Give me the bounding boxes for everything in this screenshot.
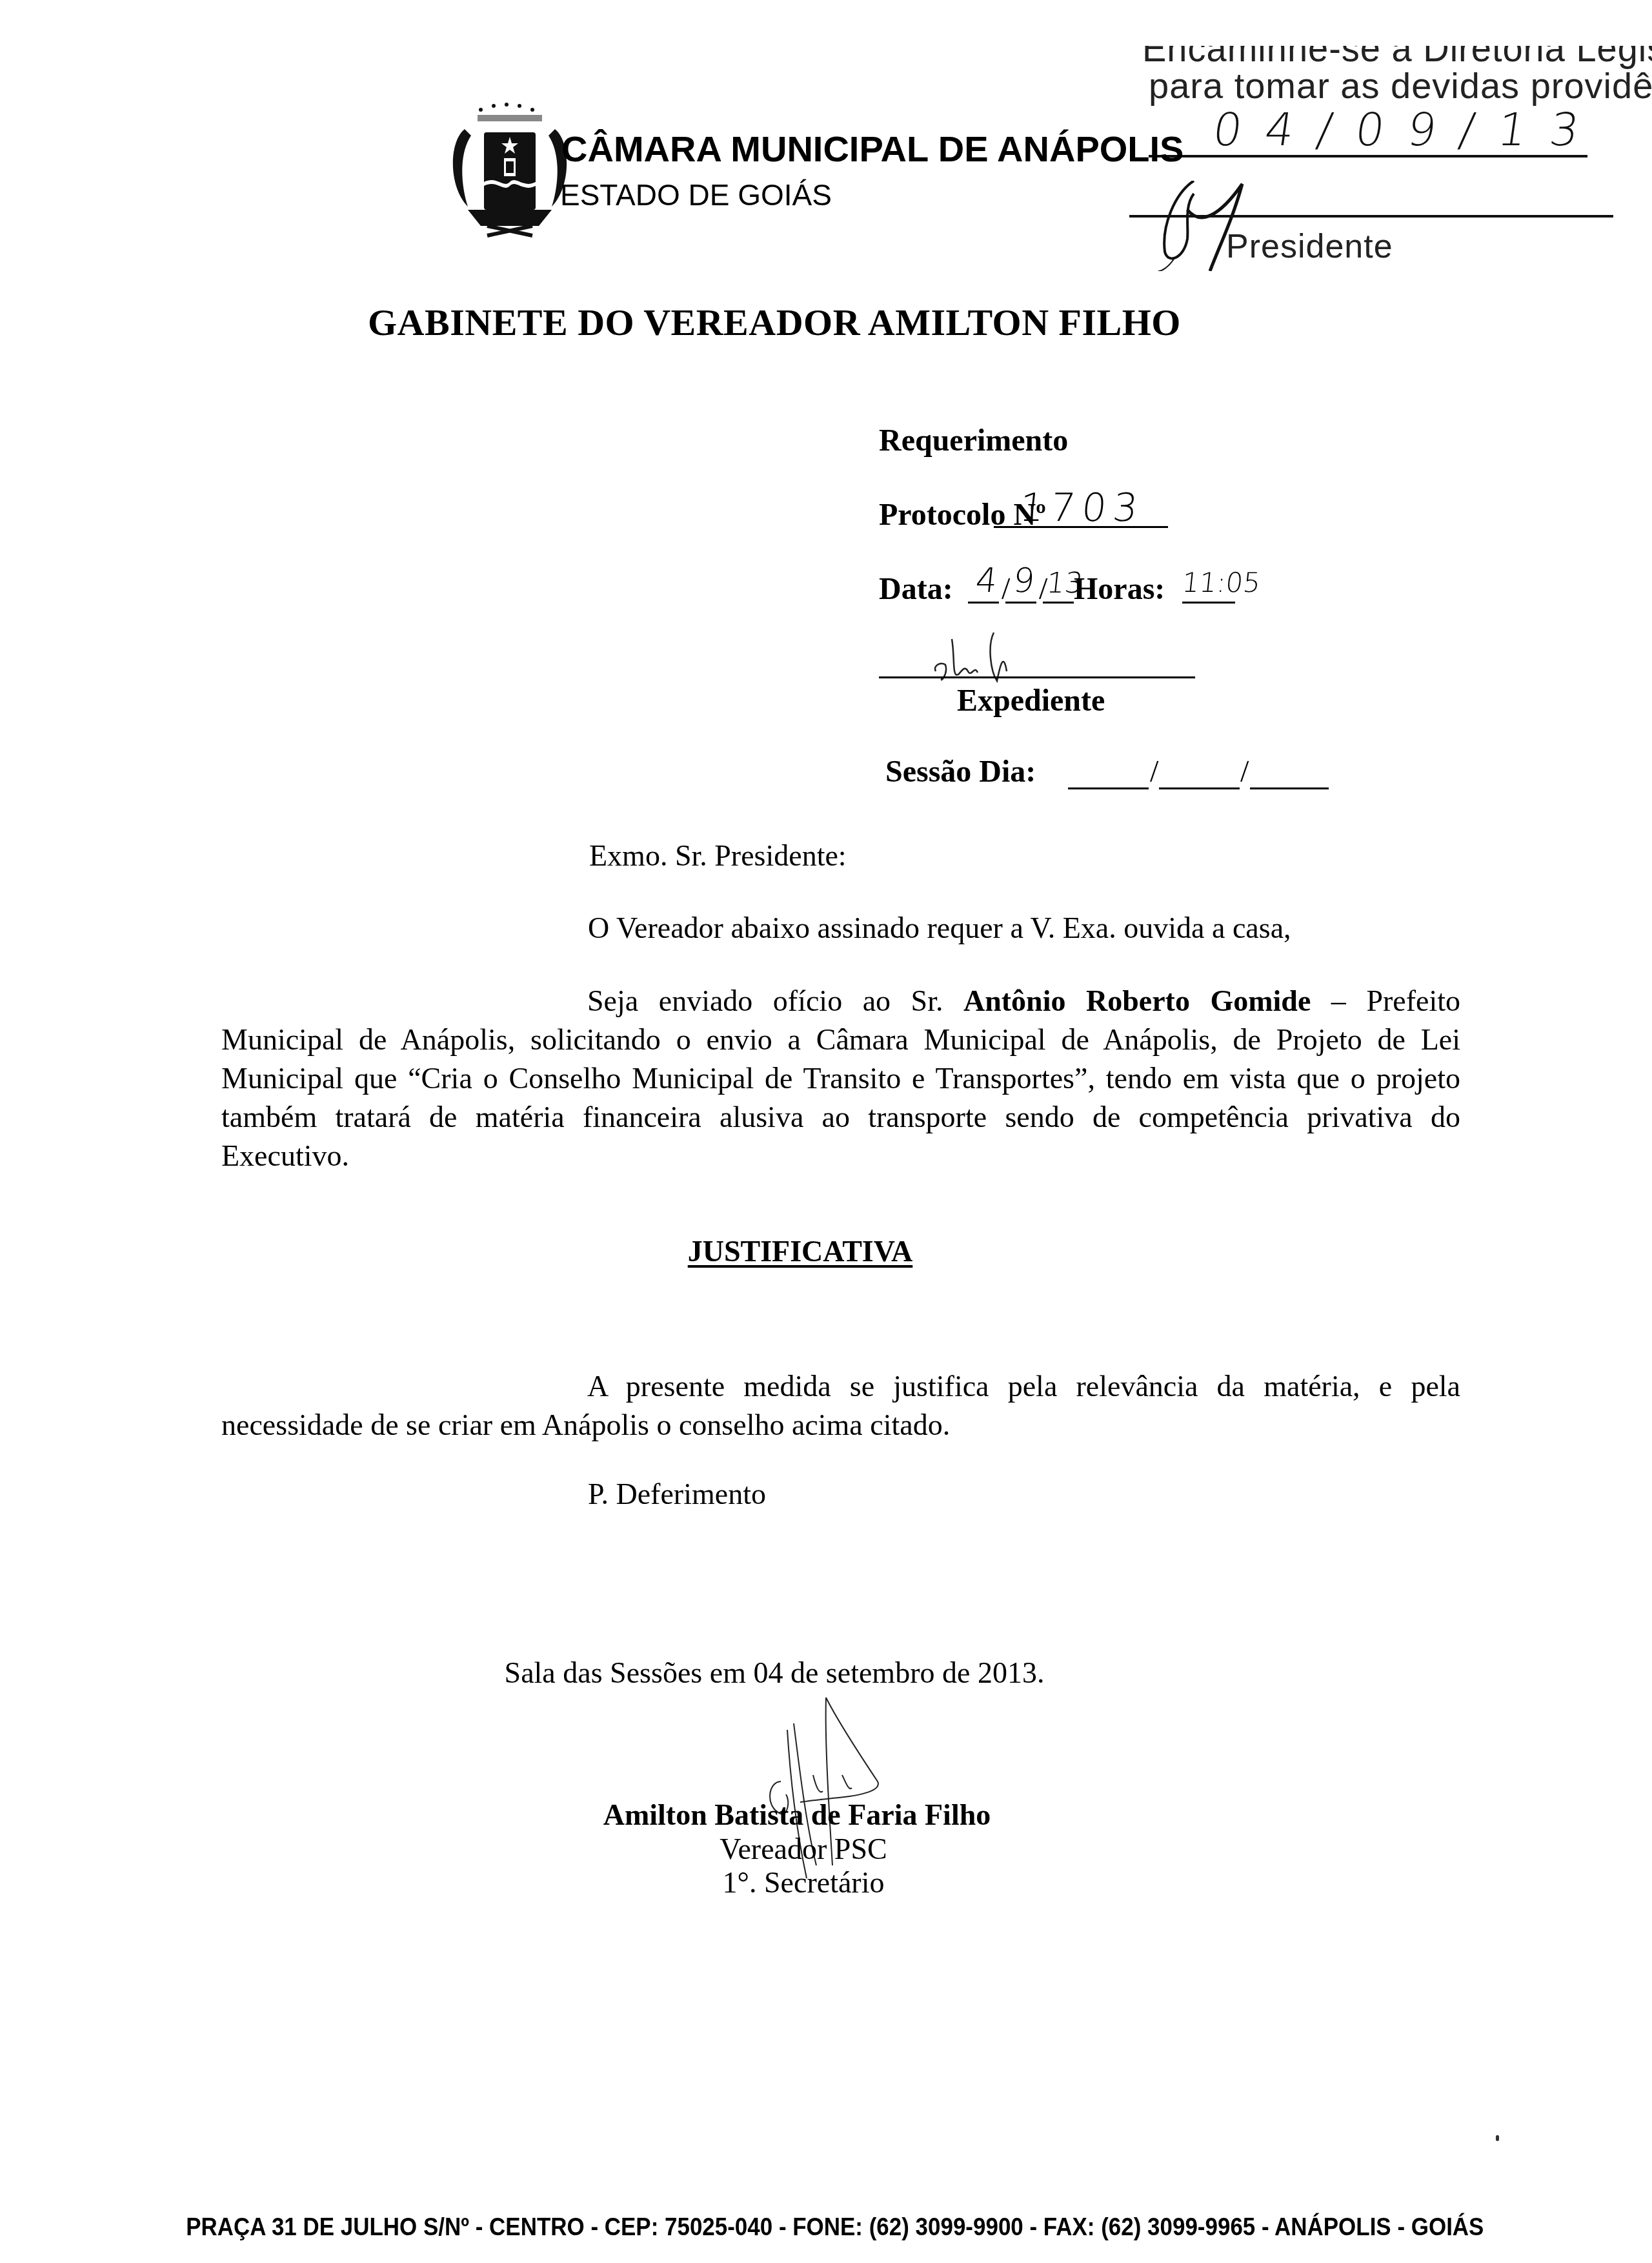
stamp-instruction-line1: Encaminhe-se à Diretoria Legislat bbox=[1142, 26, 1652, 70]
session-day-field[interactable] bbox=[1068, 787, 1149, 789]
document-type-label: Requerimento bbox=[879, 423, 1068, 458]
date-day-field[interactable]: 4 bbox=[974, 562, 999, 600]
session-month-field[interactable] bbox=[1159, 787, 1240, 789]
date-month-field[interactable]: 9 bbox=[1011, 562, 1036, 600]
footer-address: PRAÇA 31 DE JULHO S/Nº - CENTRO - CEP: 7… bbox=[66, 2214, 1586, 2242]
date-year-line bbox=[1043, 602, 1074, 604]
date-label: Data: bbox=[879, 571, 953, 607]
justification-paragraph: A presente medida se justifica pela rele… bbox=[221, 1367, 1460, 1445]
stamp-handwritten-date: 04/09/13 bbox=[1209, 103, 1606, 156]
office-title: GABINETE DO VEREADOR AMILTON FILHO bbox=[0, 301, 1652, 344]
salutation: Exmo. Sr. Presidente: bbox=[589, 837, 847, 875]
date-day-line bbox=[968, 602, 999, 604]
session-label: Sessão Dia: bbox=[885, 754, 1036, 789]
signer-role: Vereador PSC bbox=[0, 1832, 1652, 1866]
expediente-signature-icon bbox=[923, 626, 1026, 691]
opening-line: O Vereador abaixo assinado requer a V. E… bbox=[588, 909, 1291, 948]
scan-speck bbox=[1496, 2135, 1499, 2141]
expediente-signature-line bbox=[879, 676, 1195, 678]
closing: P. Deferimento bbox=[588, 1475, 766, 1514]
protocol-number-field[interactable]: 1703 bbox=[1017, 485, 1146, 531]
expediente-label: Expediente bbox=[957, 683, 1105, 718]
time-label: Horas: bbox=[1074, 571, 1165, 607]
request-text-pre: Seja enviado ofício ao Sr. bbox=[587, 984, 963, 1017]
justification-text: A presente medida se justifica pela rele… bbox=[221, 1370, 1460, 1441]
institution-name: CÂMARA MUNICIPAL DE ANÁPOLIS bbox=[561, 128, 1184, 170]
mayor-name: Antônio Roberto Gomide bbox=[963, 984, 1311, 1017]
time-field[interactable]: 11:05 bbox=[1180, 567, 1262, 598]
session-date-separator: / bbox=[1240, 754, 1249, 789]
stamp-date-line bbox=[1149, 155, 1587, 157]
session-year-field[interactable] bbox=[1250, 787, 1329, 789]
stamp-instruction-line2: para tomar as devidas providência bbox=[1149, 65, 1652, 107]
coat-of-arms-icon bbox=[442, 97, 578, 239]
signer-name: Amilton Batista de Faria Filho bbox=[0, 1798, 1652, 1832]
signer-title: 1°. Secretário bbox=[0, 1865, 1652, 1900]
state-name: ESTADO DE GOIÁS bbox=[560, 178, 832, 212]
session-date-separator: / bbox=[1150, 754, 1158, 789]
time-field-line bbox=[1182, 602, 1235, 604]
stamp-signature-line bbox=[1129, 215, 1613, 218]
date-month-line bbox=[1005, 602, 1036, 604]
stamp-president-label: Presidente bbox=[1226, 227, 1393, 266]
request-paragraph: Seja enviado ofício ao Sr. Antônio Rober… bbox=[221, 982, 1460, 1175]
justification-heading: JUSTIFICATIVA bbox=[0, 1234, 1652, 1268]
